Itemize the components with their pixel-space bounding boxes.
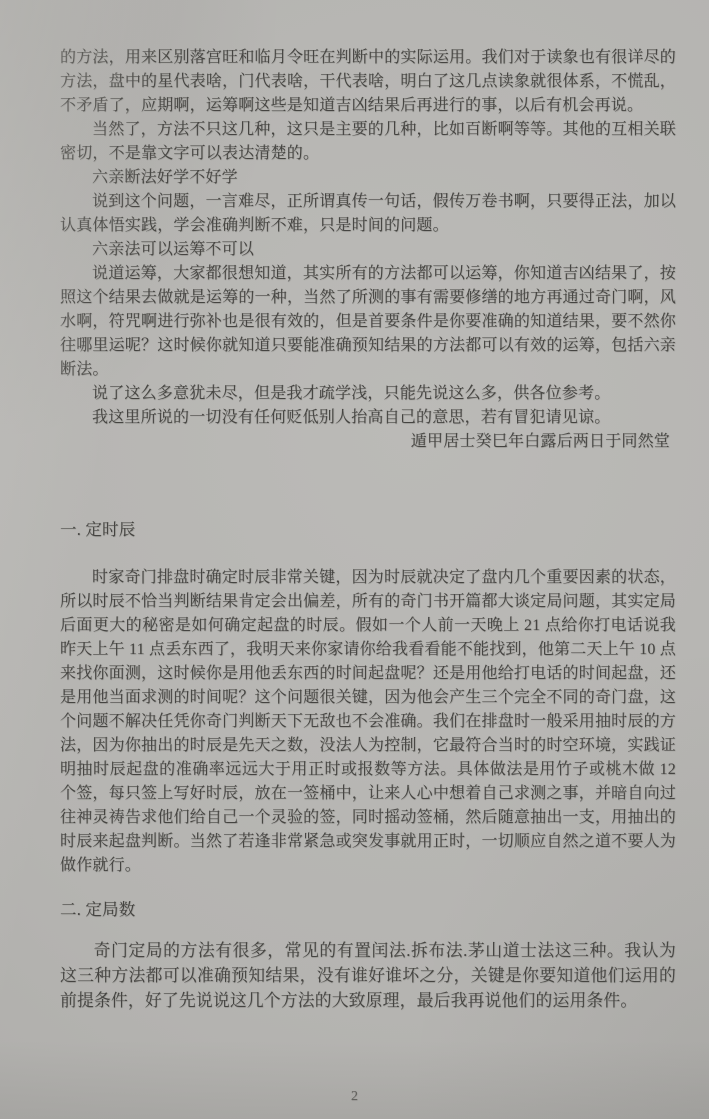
body-paragraph: 我这里所说的一切没有任何贬低别人抬高自己的意思，若有冒犯请见谅。: [60, 406, 676, 430]
section-body-paragraph: 奇门定局的方法有很多，常见的有置闰法.拆布法.茅山道士法这三种。我认为这三种方法…: [60, 938, 676, 1013]
scanned-document-page: 的方法，用来区别落宫旺和临月令旺在判断中的实际运用。我们对于读象也有很详尽的方法…: [0, 0, 709, 1119]
intro-block: 的方法，用来区别落宫旺和临月令旺在判断中的实际运用。我们对于读象也有很详尽的方法…: [60, 46, 676, 454]
page-number: 2: [0, 1089, 709, 1105]
section-ding-shichen: 一. 定时辰 时家奇门排盘时确定时辰非常关键，因为时辰就决定了盘内几个重要因素的…: [60, 518, 676, 878]
body-paragraph: 说了这么多意犹未尽，但是我才疏学浅，只能先说这么多，供各位参考。: [60, 382, 676, 406]
body-paragraph-continuation: 的方法，用来区别落宫旺和临月令旺在判断中的实际运用。我们对于读象也有很详尽的方法…: [60, 46, 676, 118]
section-body-paragraph: 时家奇门排盘时确定时辰非常关键，因为时辰就决定了盘内几个重要因素的状态，所以时辰…: [60, 566, 676, 878]
section-ding-jushu: 二. 定局数 奇门定局的方法有很多，常见的有置闰法.拆布法.茅山道士法这三种。我…: [60, 898, 676, 1013]
body-paragraph: 说到这个问题，一言难尽，正所谓真传一句话，假传万卷书啊，只要得正法，加以认真体悟…: [60, 190, 676, 238]
body-paragraph: 说道运筹，大家都很想知道，其实所有的方法都可以运筹，你知道吉凶结果了，按照这个结…: [60, 262, 676, 382]
signature-line: 遁甲居士癸巳年白露后两日于同然堂: [60, 430, 676, 454]
section-heading-2: 二. 定局数: [60, 898, 676, 922]
section-heading-1: 一. 定时辰: [60, 518, 676, 542]
subtopic-line-liuqin-duanfa: 六亲断法好学不好学: [60, 166, 676, 190]
body-paragraph: 当然了，方法不只这几种，这只是主要的几种，比如百断啊等等。其他的互相关联密切，不…: [60, 118, 676, 166]
page-text-block: 的方法，用来区别落宫旺和临月令旺在判断中的实际运用。我们对于读象也有很详尽的方法…: [60, 46, 676, 1013]
subtopic-line-liuqin-yunchou: 六亲法可以运筹不可以: [60, 238, 676, 262]
